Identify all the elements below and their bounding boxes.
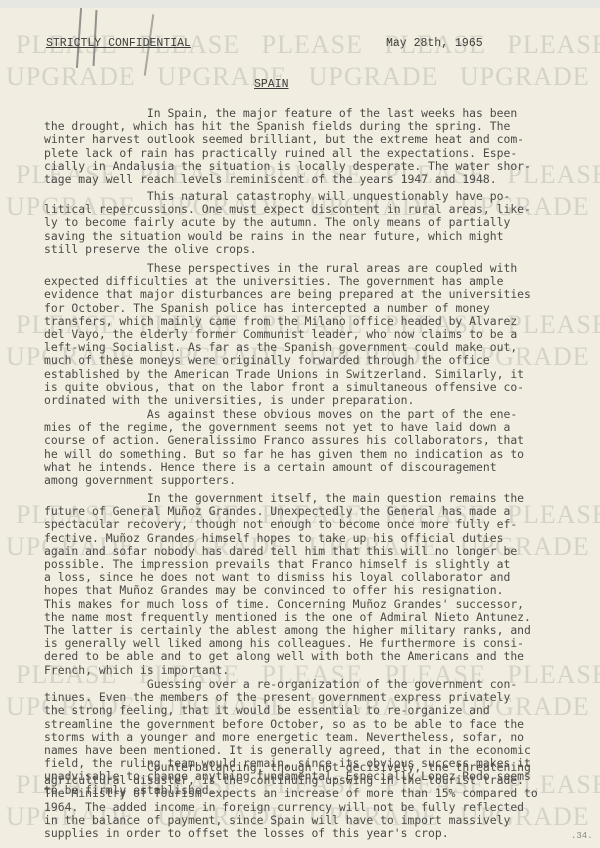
document-title: SPAIN bbox=[254, 78, 289, 91]
typewritten-document: STRICTLY CONFIDENTIAL May 28th, 1965 SPA… bbox=[0, 0, 600, 848]
paragraph-tourism: Counterbalancing, though not decisively,… bbox=[44, 761, 564, 840]
paragraph-drought: In Spain, the major feature of the last … bbox=[44, 107, 564, 186]
classification-label: STRICTLY CONFIDENTIAL bbox=[46, 37, 191, 50]
paragraph-munoz-grandes: In the government itself, the main quest… bbox=[44, 492, 564, 677]
paragraph-universities: These perspectives in the rural areas ar… bbox=[44, 262, 564, 407]
paragraph-government-action: As against these obvious moves on the pa… bbox=[44, 408, 564, 487]
document-date: May 28th, 1965 bbox=[386, 37, 483, 50]
paragraph-political-repercussions: This natural catastrophy will unquestion… bbox=[44, 190, 564, 256]
page-marker: .34. bbox=[571, 830, 593, 843]
